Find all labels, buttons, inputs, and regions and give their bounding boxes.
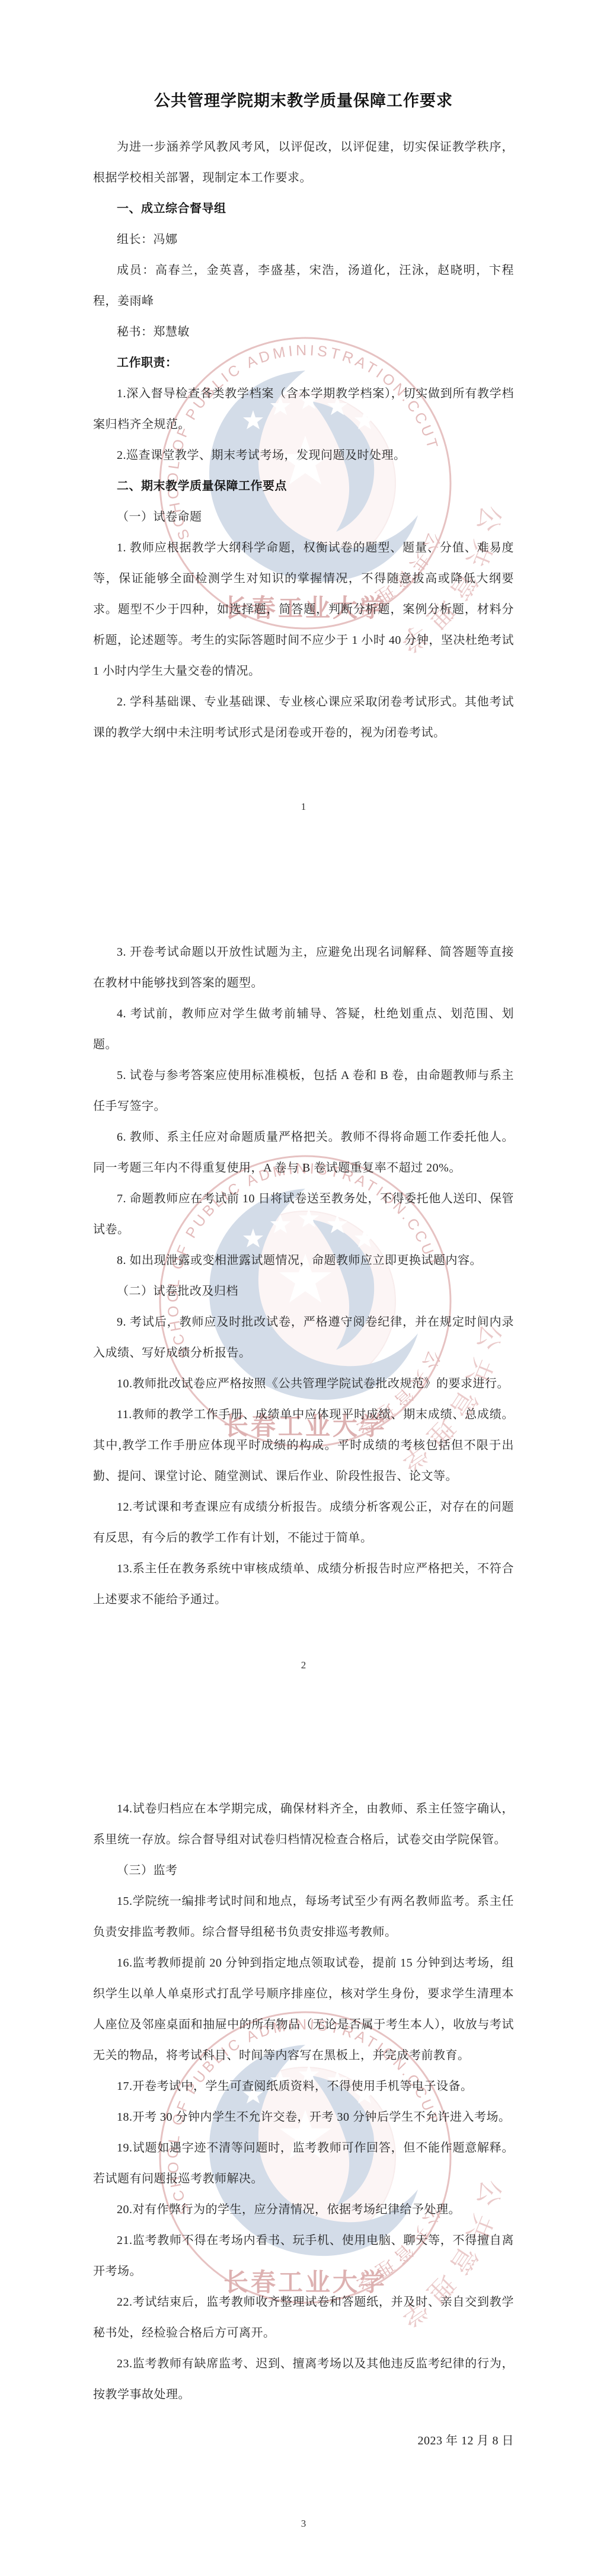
item-3: 3. 开卷考试命题以开放性试题为主，应避免出现名词解释、简答题等直接在教材中能够… — [93, 937, 514, 998]
page-1: SCHOOL OF PUBLIC ADMINISTRATION.CCUT 公共管… — [0, 0, 607, 858]
item-16: 16.监考教师提前 20 分钟到指定地点领取试卷，提前 15 分钟到达考场，组织… — [93, 1948, 514, 2071]
item-23: 23.监考教师有缺席监考、迟到、擅离考场以及其他违反监考纪律的行为，按教学事故处… — [93, 2348, 514, 2410]
item-21: 21.监考教师不得在考场内看书、玩手机、使用电脑、聊天等，不得擅自离开考场。 — [93, 2225, 514, 2287]
item-18: 18.开考 30 分钟内学生不允许交卷，开考 30 分钟后学生不允许进入考场。 — [93, 2102, 514, 2133]
item-9: 9. 考试后，教师应及时批改试卷，严格遵守阅卷纪律，并在规定时间内录入成绩、写好… — [93, 1307, 514, 1368]
item-15: 15.学院统一编排考试时间和地点，每场考试至少有两名教师监考。系主任负责安排监考… — [93, 1886, 514, 1948]
subsection-3-heading: （三）监考 — [93, 1855, 514, 1886]
item-4: 4. 考试前，教师应对学生做考前辅导、答疑，杜绝划重点、划范围、划题。 — [93, 998, 514, 1060]
item-7: 7. 命题教师应在考试前 10 日将试卷送至教务处，不得委托他人送印、保管试卷。 — [93, 1183, 514, 1245]
document: SCHOOL OF PUBLIC ADMINISTRATION.CCUT 公共管… — [0, 0, 607, 2576]
item-5: 5. 试卷与参考答案应使用标准模板，包括 A 卷和 B 卷，由命题教师与系主任手… — [93, 1060, 514, 1122]
page-number: 1 — [0, 801, 607, 813]
section-2-heading: 二、期末教学质量保障工作要点 — [93, 471, 514, 502]
item-2: 2. 学科基础课、专业基础课、专业核心课应采取闭卷考试形式。其他考试课的教学大纲… — [93, 687, 514, 748]
item-13: 13.系主任在教务系统中审核成绩单、成绩分析报告时应严格把关，不符合上述要求不能… — [93, 1553, 514, 1615]
subsection-2-heading: （二）试卷批改及归档 — [93, 1276, 514, 1307]
duties-heading: 工作职责： — [93, 347, 514, 378]
item-19: 19.试题如遇字迹不清等问题时，监考教师可作回答，但不能作题意解释。若试题有问题… — [93, 2133, 514, 2194]
item-22: 22.考试结束后，监考教师收齐整理试卷和答题纸，并及时、亲自交到教学秘书处，经检… — [93, 2287, 514, 2348]
group-members-line: 成员：高春兰，金英喜，李盛基，宋浩，汤道化，汪泳，赵晓明，卞程程，姜雨峰 — [93, 255, 514, 317]
section-1-heading: 一、成立综合督导组 — [93, 193, 514, 224]
item-20: 20.对有作弊行为的学生，应分清情况，依据考场纪律给予处理。 — [93, 2194, 514, 2225]
item-17: 17.开卷考试中，学生可查阅纸质资料，不得使用手机等电子设备。 — [93, 2071, 514, 2102]
page-3: SCHOOL OF PUBLIC ADMINISTRATION.CCUT 公共管… — [0, 1717, 607, 2576]
pages-container: SCHOOL OF PUBLIC ADMINISTRATION.CCUT 公共管… — [0, 0, 607, 2576]
doc-title: 公共管理学院期末教学质量保障工作要求 — [93, 83, 514, 119]
item-14: 14.试卷归档应在本学期完成，确保材料齐全，由教师、系主任签字确认，系里统一存放… — [93, 1793, 514, 1855]
subsection-1-heading: （一）试卷命题 — [93, 502, 514, 532]
item-12: 12.考试课和考查课应有成绩分析报告。成绩分析客观公正，对存在的问题有反思，有今… — [93, 1492, 514, 1553]
item-11: 11.教师的教学工作手册、成绩单中应体现平时成绩、期末成绩、总成绩。其中,教学工… — [93, 1399, 514, 1492]
page-number: 3 — [0, 2518, 607, 2530]
group-leader-line: 组长：冯娜 — [93, 224, 514, 255]
intro-paragraph: 为进一步涵养学风教风考风，以评促改，以评促建，切实保证教学秩序，根据学校相关部署… — [93, 132, 514, 193]
page-number: 2 — [0, 1659, 607, 1671]
item-8: 8. 如出现泄露或变相泄露试题情况，命题教师应立即更换试题内容。 — [93, 1245, 514, 1276]
item-1: 1. 教师应根据教学大纲科学命题，权衡试卷的题型、题量、分值、难易度等，保证能够… — [93, 532, 514, 687]
page-2: SCHOOL OF PUBLIC ADMINISTRATION.CCUT 公共管… — [0, 858, 607, 1717]
duty-item-2: 2.巡查课堂教学、期末考试考场，发现问题及时处理。 — [93, 440, 514, 471]
item-6: 6. 教师、系主任应对命题质量严格把关。教师不得将命题工作委托他人。同一考题三年… — [93, 1122, 514, 1183]
item-10: 10.教师批改试卷应严格按照《公共管理学院试卷批改规范》的要求进行。 — [93, 1368, 514, 1399]
group-secretary-line: 秘书：郑慧敏 — [93, 317, 514, 347]
date-line: 2023 年 12 月 8 日 — [93, 2425, 514, 2456]
duty-item-1: 1.深入督导检查各类教学档案（含本学期教学档案），切实做到所有教学档案归档齐全规… — [93, 378, 514, 440]
